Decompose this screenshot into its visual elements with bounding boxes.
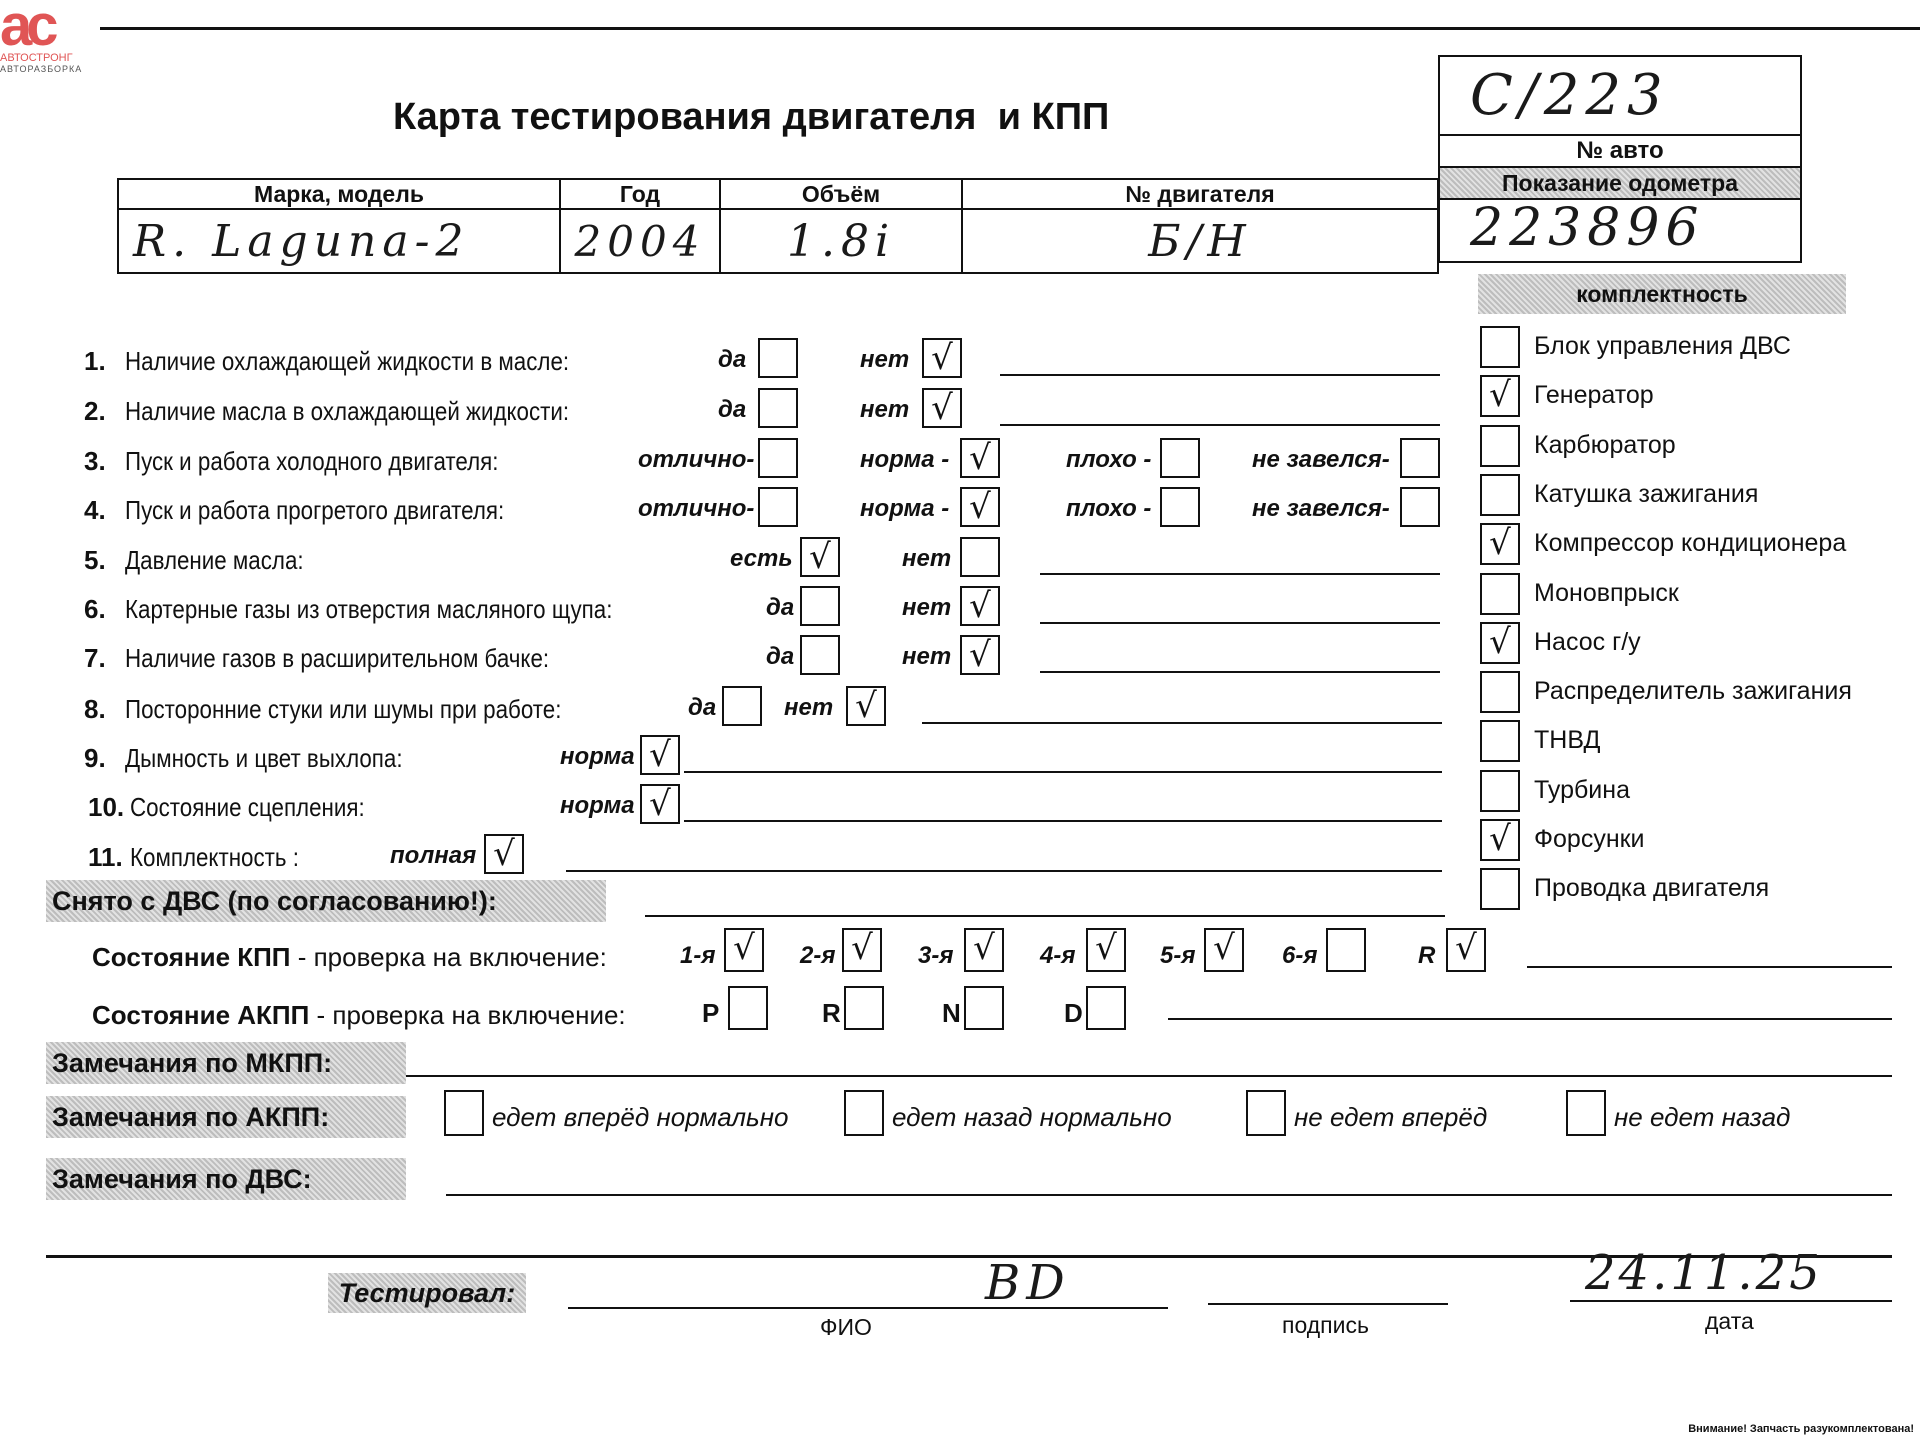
gear-checkbox[interactable]: √	[964, 928, 1004, 972]
row-question: Посторонние стуки или шумы при работе:	[125, 694, 561, 725]
check-mark-icon: √	[726, 930, 762, 966]
remark-checkbox[interactable]	[844, 1090, 884, 1136]
position-checkbox[interactable]	[1086, 986, 1126, 1030]
check-mark-icon: √	[1206, 930, 1242, 966]
option-label: нет	[902, 643, 951, 671]
completeness-item: Блок управления ДВС	[1480, 326, 1920, 370]
position-checkbox[interactable]	[964, 986, 1004, 1030]
option-label: нет	[902, 594, 951, 622]
remarks-engine-line[interactable]	[446, 1194, 1892, 1196]
option-label: плохо -	[1066, 446, 1151, 474]
check-mark-icon: √	[962, 489, 998, 525]
option-checkbox[interactable]: √	[960, 586, 1000, 626]
completeness-checkbox[interactable]	[1480, 770, 1520, 812]
position-label: R	[822, 998, 841, 1029]
row-question: Давление масла:	[125, 545, 304, 576]
position-checkbox[interactable]	[844, 986, 884, 1030]
row-question: Состояние сцепления:	[130, 792, 365, 823]
auto-number-value: С/223	[1470, 63, 1669, 128]
value-year: 2004	[560, 209, 720, 273]
row-number: 2.	[84, 396, 106, 427]
option-checkbox[interactable]	[1160, 438, 1200, 478]
notes-line[interactable]	[1040, 671, 1440, 673]
col-year: Год	[560, 179, 720, 209]
check-mark-icon: √	[848, 688, 884, 724]
row-question: Дымность и цвет выхлопа:	[125, 743, 403, 774]
remark-label: едет назад нормально	[892, 1102, 1172, 1133]
row-number: 3.	[84, 446, 106, 477]
notes-line[interactable]	[1000, 424, 1440, 426]
gear-label: 2-я	[800, 942, 835, 970]
row-number: 8.	[84, 694, 106, 725]
completeness-label: Форсунки	[1534, 825, 1645, 854]
completeness-label: Катушка зажигания	[1534, 480, 1758, 509]
signature-line[interactable]	[1208, 1303, 1448, 1305]
option-label: норма	[560, 792, 635, 820]
remark-label: не едет назад	[1614, 1102, 1790, 1133]
position-label: N	[942, 998, 961, 1029]
option-checkbox[interactable]: √	[960, 438, 1000, 478]
signature-caption: подпись	[1282, 1312, 1369, 1339]
checklist-row: 3.Пуск и работа холодного двигателя:отли…	[0, 438, 1460, 482]
remark-checkbox[interactable]	[1566, 1090, 1606, 1136]
option-checkbox[interactable]: √	[922, 388, 962, 428]
gear-checkbox[interactable]: √	[842, 928, 882, 972]
option-checkbox[interactable]	[758, 338, 798, 378]
completeness-checkbox[interactable]	[1480, 720, 1520, 762]
check-mark-icon: √	[802, 539, 838, 575]
option-checkbox[interactable]	[960, 537, 1000, 577]
completeness-checkbox[interactable]	[1480, 326, 1520, 368]
completeness-label: Проводка двигателя	[1534, 874, 1769, 903]
completeness-checkbox[interactable]	[1480, 573, 1520, 615]
option-label: да	[766, 643, 794, 671]
option-checkbox[interactable]: √	[960, 487, 1000, 527]
check-mark-icon: √	[1482, 525, 1518, 561]
manual-gearbox-line[interactable]	[1527, 966, 1892, 968]
option-checkbox[interactable]: √	[922, 338, 962, 378]
completeness-label: Моновпрыск	[1534, 579, 1679, 608]
completeness-checkbox[interactable]: √	[1480, 523, 1520, 565]
checklist-row: 8.Посторонние стуки или шумы при работе:…	[0, 686, 1460, 730]
option-label: норма	[560, 743, 635, 771]
row-question: Пуск и работа прогретого двигателя:	[125, 495, 504, 526]
remark-checkbox[interactable]	[444, 1090, 484, 1136]
value-make-model: R. Laguna-2	[118, 209, 560, 273]
row-number: 1.	[84, 346, 106, 377]
option-checkbox[interactable]	[722, 686, 762, 726]
completeness-checkbox[interactable]: √	[1480, 375, 1520, 417]
option-label: да	[718, 346, 746, 374]
completeness-item: √Генератор	[1480, 375, 1920, 419]
removed-label: Снято с ДВС (по согласованию!):	[46, 880, 606, 922]
option-label: отлично-	[638, 446, 754, 474]
row-number: 4.	[84, 495, 106, 526]
checklist-row: 2.Наличие масла в охлаждающей жидкости:д…	[0, 388, 1460, 432]
completeness-checkbox[interactable]	[1480, 671, 1520, 713]
checklist-row: 9.Дымность и цвет выхлопа:норма√	[0, 735, 1460, 779]
notes-line[interactable]	[1040, 573, 1440, 575]
option-label: не завелся-	[1252, 446, 1390, 474]
completeness-checkbox[interactable]	[1480, 474, 1520, 516]
check-mark-icon: √	[962, 588, 998, 624]
row-number: 5.	[84, 545, 106, 576]
remarks-engine-label: Замечания по ДВС:	[46, 1158, 406, 1200]
manual-gearbox-label: Состояние КПП - проверка на включение:	[92, 942, 607, 973]
row-question: Наличие охлаждающей жидкости в масле:	[125, 346, 569, 377]
check-mark-icon: √	[924, 340, 960, 376]
footer-warning: Внимание! Запчасть разукомплектована!	[1688, 1423, 1914, 1435]
fio-caption: ФИО	[820, 1314, 872, 1341]
check-mark-icon: √	[924, 390, 960, 426]
removed-line[interactable]	[645, 915, 1445, 917]
tested-by-label: Тестировал:	[328, 1273, 526, 1313]
gear-label: 5-я	[1160, 942, 1195, 970]
completeness-title: комплектность	[1478, 274, 1846, 314]
row-number: 6.	[84, 594, 106, 625]
gear-checkbox[interactable]: √	[1086, 928, 1126, 972]
completeness-checkbox[interactable]	[1480, 425, 1520, 467]
date-value: 24.11.25	[1585, 1245, 1823, 1301]
option-checkbox[interactable]: √	[484, 834, 524, 874]
check-mark-icon: √	[1448, 930, 1484, 966]
remarks-manual-label: Замечания по МКПП:	[46, 1042, 406, 1084]
option-label: полная	[390, 842, 476, 870]
option-label: есть	[730, 545, 793, 573]
auto-number-box: С/223 № авто Показание одометра 223896	[1438, 55, 1802, 263]
gear-label: 6-я	[1282, 942, 1317, 970]
option-checkbox[interactable]	[1400, 487, 1440, 527]
auto-gearbox-label: Состояние АКПП - проверка на включение:	[92, 1000, 626, 1031]
option-checkbox[interactable]: √	[640, 784, 680, 824]
gear-label: 3-я	[918, 942, 953, 970]
notes-line[interactable]	[1000, 374, 1440, 376]
row-question: Наличие газов в расширительном бачке:	[125, 643, 549, 674]
option-label: нет	[902, 545, 951, 573]
checklist-row: 7.Наличие газов в расширительном бачке:д…	[0, 635, 1460, 679]
row-number: 9.	[84, 743, 106, 774]
option-label: не завелся-	[1252, 495, 1390, 523]
completeness-item: √Форсунки	[1480, 819, 1920, 863]
option-checkbox[interactable]: √	[800, 537, 840, 577]
gear-checkbox[interactable]: √	[724, 928, 764, 972]
completeness-label: Компрессор кондиционера	[1534, 529, 1846, 558]
completeness-label: Распределитель зажигания	[1534, 677, 1852, 706]
completeness-label: Насос г/у	[1534, 628, 1641, 657]
col-engine-number: № двигателя	[962, 179, 1438, 209]
notes-line[interactable]	[1040, 622, 1440, 624]
completeness-label: Блок управления ДВС	[1534, 332, 1791, 361]
top-rule	[100, 27, 1920, 30]
gear-label: 4-я	[1040, 942, 1075, 970]
page-title: Карта тестирования двигателя и КПП	[393, 96, 1109, 139]
checklist-row: 5.Давление масла:есть√нет	[0, 537, 1460, 581]
option-checkbox[interactable]	[800, 586, 840, 626]
completeness-label: ТНВД	[1534, 726, 1600, 755]
check-mark-icon: √	[962, 637, 998, 673]
check-mark-icon: √	[1482, 377, 1518, 413]
completeness-checkbox[interactable]: √	[1480, 622, 1520, 664]
gear-checkbox[interactable]	[1326, 928, 1366, 972]
row-number: 10.	[88, 792, 124, 823]
row-number: 7.	[84, 643, 106, 674]
option-checkbox[interactable]	[1160, 487, 1200, 527]
gear-checkbox[interactable]: √	[1446, 928, 1486, 972]
remark-label: едет вперёд нормально	[492, 1102, 788, 1133]
auto-gearbox-line[interactable]	[1168, 1018, 1892, 1020]
value-volume: 1.8i	[720, 209, 962, 273]
check-mark-icon: √	[1482, 624, 1518, 660]
checklist-row: 1.Наличие охлаждающей жидкости в масле:д…	[0, 338, 1460, 382]
row-question: Наличие масла в охлаждающей жидкости:	[125, 396, 569, 427]
date-caption: дата	[1705, 1308, 1754, 1335]
fio-line[interactable]	[568, 1307, 1168, 1309]
check-mark-icon: √	[844, 930, 880, 966]
notes-line[interactable]	[684, 771, 1442, 773]
position-label: P	[702, 998, 719, 1029]
check-mark-icon: √	[966, 930, 1002, 966]
remark-checkbox[interactable]	[1246, 1090, 1286, 1136]
check-mark-icon: √	[642, 786, 678, 822]
col-volume: Объём	[720, 179, 962, 209]
option-label: да	[766, 594, 794, 622]
option-checkbox[interactable]: √	[960, 635, 1000, 675]
option-label: да	[718, 396, 746, 424]
logo: ac АВТОСТРОНГ АВТОРАЗБОРКА	[0, 0, 100, 75]
checklist-row: 10.Состояние сцепления:норма√	[0, 784, 1460, 828]
checklist-row: 4.Пуск и работа прогретого двигателя:отл…	[0, 487, 1460, 531]
auto-number-label: № авто	[1440, 134, 1800, 166]
option-label: нет	[860, 396, 909, 424]
completeness-label: Турбина	[1534, 776, 1630, 805]
checklist-row: 11.Комплектность :полная√	[0, 834, 1460, 878]
logo-brand: АВТОСТРОНГ	[0, 52, 100, 64]
completeness-item: ТНВД	[1480, 720, 1920, 764]
logo-glyph: ac	[0, 0, 100, 52]
completeness-item: Карбюратор	[1480, 425, 1920, 469]
odometer-value: 223896	[1470, 198, 1705, 258]
option-label: да	[688, 694, 716, 722]
gear-label: R	[1418, 942, 1435, 970]
completeness-checkbox[interactable]	[1480, 868, 1520, 910]
completeness-label: Карбюратор	[1534, 431, 1676, 460]
option-label: плохо -	[1066, 495, 1151, 523]
completeness-item: Моновпрыск	[1480, 573, 1920, 617]
completeness-checkbox[interactable]: √	[1480, 819, 1520, 861]
remark-label: не едет вперёд	[1294, 1102, 1487, 1133]
option-checkbox[interactable]	[758, 388, 798, 428]
position-label: D	[1064, 998, 1083, 1029]
option-checkbox[interactable]	[758, 438, 798, 478]
row-number: 11.	[88, 842, 123, 873]
option-label: нет	[860, 346, 909, 374]
notes-line[interactable]	[684, 820, 1442, 822]
completeness-label: Генератор	[1534, 381, 1654, 410]
gear-label: 1-я	[680, 942, 715, 970]
option-checkbox[interactable]: √	[846, 686, 886, 726]
row-question: Картерные газы из отверстия масляного щу…	[125, 594, 612, 625]
option-label: норма -	[860, 446, 949, 474]
check-mark-icon: √	[1088, 930, 1124, 966]
vehicle-info-table: Марка, модель Год Объём № двигателя R. L…	[117, 178, 1439, 274]
completeness-item: Распределитель зажигания	[1480, 671, 1920, 715]
completeness-item: √Насос г/у	[1480, 622, 1920, 666]
check-mark-icon: √	[962, 440, 998, 476]
completeness-item: Катушка зажигания	[1480, 474, 1920, 518]
option-checkbox[interactable]	[758, 487, 798, 527]
completeness-item: Турбина	[1480, 770, 1920, 814]
value-engine-number: Б/Н	[962, 209, 1438, 273]
col-make-model: Марка, модель	[118, 179, 560, 209]
option-label: нет	[784, 694, 833, 722]
option-checkbox[interactable]: √	[640, 735, 680, 775]
option-label: норма -	[860, 495, 949, 523]
row-question: Пуск и работа холодного двигателя:	[125, 446, 498, 477]
gear-checkbox[interactable]: √	[1204, 928, 1244, 972]
option-label: отлично-	[638, 495, 754, 523]
check-mark-icon: √	[486, 836, 522, 872]
option-checkbox[interactable]	[800, 635, 840, 675]
notes-line[interactable]	[922, 722, 1442, 724]
logo-subtitle: АВТОРАЗБОРКА	[0, 64, 100, 74]
completeness-item: √Компрессор кондиционера	[1480, 523, 1920, 567]
position-checkbox[interactable]	[728, 986, 768, 1030]
notes-line[interactable]	[566, 870, 1442, 872]
remarks-manual-line[interactable]	[406, 1075, 1892, 1077]
check-mark-icon: √	[642, 737, 678, 773]
fio-value: BD	[985, 1255, 1071, 1311]
completeness-item: Проводка двигателя	[1480, 868, 1920, 912]
remarks-auto-label: Замечания по АКПП:	[46, 1096, 406, 1138]
option-checkbox[interactable]	[1400, 438, 1440, 478]
check-mark-icon: √	[1482, 821, 1518, 857]
odometer-label: Показание одометра	[1440, 166, 1800, 200]
checklist-row: 6.Картерные газы из отверстия масляного …	[0, 586, 1460, 630]
row-question: Комплектность :	[130, 842, 299, 873]
